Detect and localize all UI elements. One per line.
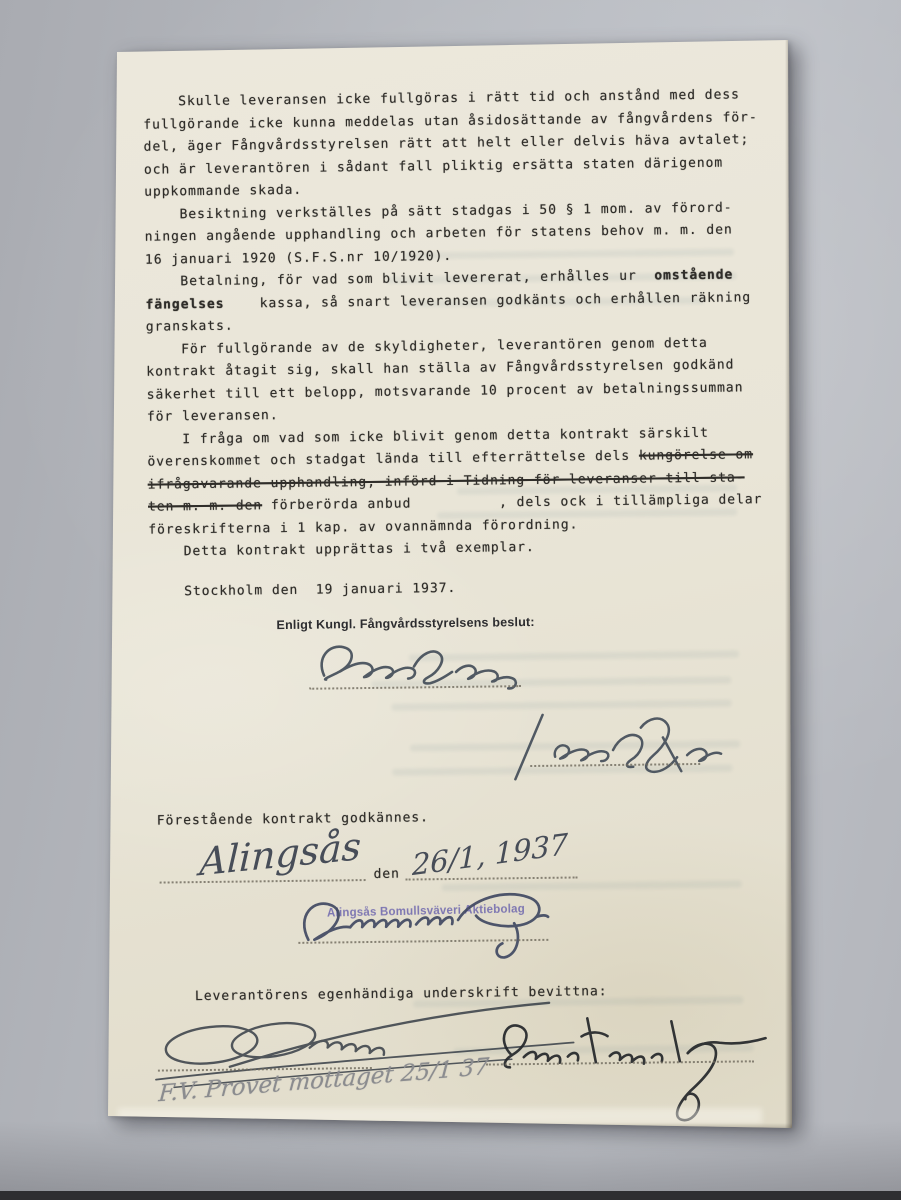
- contract-sheet: Skulle leveransen icke fullgöras i rätt …: [108, 38, 792, 1132]
- typed-paragraph: Skulle leveransen icke fullgöras i rätt …: [143, 84, 786, 204]
- decision-heading: Enligt Kungl. Fångvårdsstyrelsens beslut…: [276, 615, 534, 632]
- typed-paragraph: I fråga om vad som icke blivit genom det…: [147, 421, 790, 541]
- paper-right-edge: [785, 38, 792, 1132]
- dateline-text: Stockholm den 19 januari 1937.: [149, 580, 456, 599]
- photograph-of-contract: { "doc": { "paragraphs": [ {"segments": …: [0, 0, 901, 1200]
- paragraph-text: Detta kontrakt upprättas i två exemplar.: [148, 540, 534, 560]
- filled-in-word: omstående: [654, 268, 733, 284]
- filled-in-word: fängelses: [145, 296, 224, 312]
- typed-paragraph: Betalning, för vad som blivit levererat,…: [145, 264, 788, 339]
- handwritten-place: Alingsås: [199, 824, 362, 885]
- paragraph-text: I fråga om vad som icke blivit genom det…: [147, 425, 709, 469]
- approval-line: Förestående kontrakt godkännes.: [157, 810, 429, 828]
- typed-paragraph: Besiktning verkställes på sätt stadgas i…: [144, 196, 787, 271]
- dateline: Stockholm den 19 januari 1937.: [149, 573, 791, 603]
- paragraph-text: Betalning, för vad som blivit levererat,…: [145, 268, 654, 289]
- typed-paragraph: För fullgörande av de skyldigheter, leve…: [146, 331, 789, 429]
- typed-body: Skulle leveransen icke fullgöras i rätt …: [143, 84, 791, 604]
- paragraph-text: Besiktning verkställes på sätt stadgas i…: [144, 200, 732, 267]
- paper-surface: Skulle leveransen icke fullgöras i rätt …: [108, 38, 792, 1132]
- supplier-signature: [292, 875, 551, 974]
- countersignature: [502, 705, 735, 788]
- page-content: Skulle leveransen icke fullgöras i rätt …: [101, 34, 798, 1136]
- paragraph-text: kassa, så snart leveransen godkänts och …: [146, 290, 751, 335]
- background-shadow: [0, 1121, 901, 1191]
- paragraph-text: Skulle leveransen icke fullgöras i rätt …: [143, 87, 758, 199]
- table-edge: [0, 1191, 901, 1200]
- paragraph-text: För fullgörande av de skyldigheter, leve…: [146, 335, 744, 424]
